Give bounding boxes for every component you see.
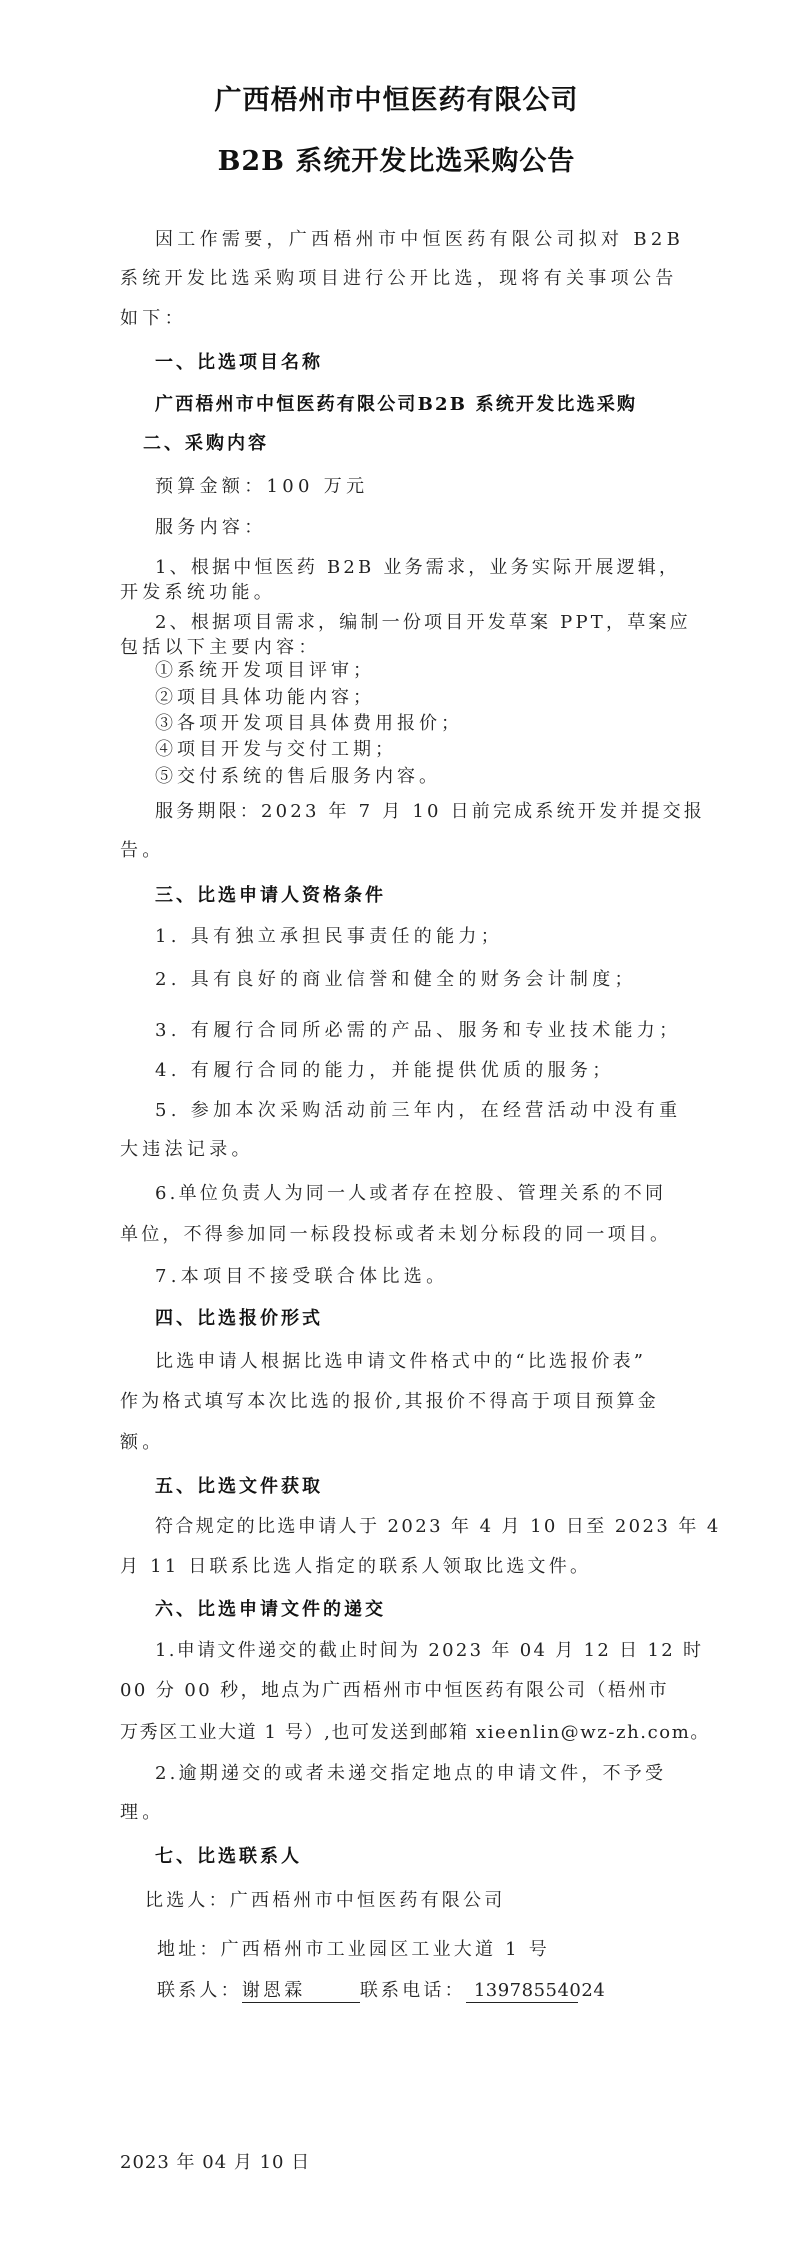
contact-address: 地址：广西梧州市工业园区工业大道 1 号 <box>157 1938 550 1962</box>
section-3-heading: 三、比选申请人资格条件 <box>155 884 386 908</box>
submission-item-1-line-1: 1.申请文件递交的截止时间为 2023 年 04 月 12 日 12 时 <box>155 1639 703 1663</box>
intro-line-2: 系统开发比选采购项目进行公开比选，现将有关事项公告 <box>120 267 678 291</box>
service-period-line-1: 服务期限：2023 年 7 月 10 日前完成系统开发并提交报 <box>155 800 705 824</box>
qualification-5-line-1: 5. 参加本次采购活动前三年内，在经营活动中没有重 <box>155 1099 681 1123</box>
announcement-document: 广西梧州市中恒医药有限公司 B2B 系统开发比选采购公告 因工作需要，广西梧州市… <box>0 0 793 2246</box>
section-1-heading: 一、比选项目名称 <box>155 351 323 375</box>
quote-form-line-2: 作为格式填写本次比选的报价,其报价不得高于项目预算金 <box>120 1390 659 1414</box>
qualification-1: 1. 具有独立承担民事责任的能力； <box>155 925 503 949</box>
submission-item-1-line-2: 00 分 00 秒，地点为广西梧州市中恒医药有限公司（梧州市 <box>120 1679 669 1703</box>
qualification-7: 7.本项目不接受联合体比选。 <box>155 1265 448 1289</box>
service-item-1-line-1: 1、根据中恒医药 B2B 业务需求，业务实际开展逻辑， <box>155 556 680 580</box>
project-name: 广西梧州市中恒医药有限公司B2B 系统开发比选采购 <box>155 393 637 417</box>
subitem-4: ④项目开发与交付工期； <box>155 738 397 762</box>
contact-phone-label: 联系电话： <box>360 1980 466 2001</box>
service-item-2-line-1: 2、根据项目需求，编制一份项目开发草案 PPT，草案应 <box>155 611 691 635</box>
qualification-6-line-2: 单位，不得参加同一标段投标或者未划分标段的同一项目。 <box>120 1223 671 1247</box>
selector-company: 比选人：广西梧州市中恒医药有限公司 <box>145 1889 505 1913</box>
budget-amount: 预算金额：100 万元 <box>155 475 368 499</box>
document-title-company: 广西梧州市中恒医药有限公司 <box>0 78 793 117</box>
qualification-2: 2. 具有良好的商业信誉和健全的财务会计制度； <box>155 968 637 992</box>
service-content-label: 服务内容： <box>155 516 267 540</box>
section-5-heading: 五、比选文件获取 <box>155 1475 323 1499</box>
quote-form-line-1: 比选申请人根据比选申请文件格式中的“比选报价表” <box>155 1350 646 1374</box>
intro-line-1: 因工作需要，广西梧州市中恒医药有限公司拟对 B2B <box>155 228 684 252</box>
document-acquisition-line-2: 月 11 日联系比选人指定的联系人领取比选文件。 <box>120 1555 591 1579</box>
subitem-3: ③各项开发项目具体费用报价； <box>155 712 463 736</box>
subitem-5: ⑤交付系统的售后服务内容。 <box>155 765 441 789</box>
submission-item-1-line-3: 万秀区工业大道 1 号）,也可发送到邮箱 xieenlin@wz-zh.com。 <box>120 1721 710 1745</box>
service-item-1-line-2: 开发系统功能。 <box>120 581 276 605</box>
section-7-heading: 七、比选联系人 <box>155 1845 302 1869</box>
qualification-5-line-2: 大违法记录。 <box>120 1138 254 1162</box>
section-4-heading: 四、比选报价形式 <box>155 1307 323 1331</box>
contact-person-label: 联系人： <box>157 1980 242 2001</box>
quote-form-line-3: 额。 <box>120 1431 165 1455</box>
subitem-1: ①系统开发项目评审； <box>155 659 375 683</box>
subitem-2: ②项目具体功能内容； <box>155 686 375 710</box>
document-title-subject: B2B 系统开发比选采购公告 <box>0 139 793 178</box>
contact-person-name: 谢恩霖 <box>242 1980 360 2003</box>
qualification-3: 3. 有履行合同所必需的产品、服务和专业技术能力； <box>155 1019 681 1043</box>
service-item-2-line-2: 包括以下主要内容： <box>120 636 321 660</box>
qualification-6-line-1: 6.单位负责人为同一人或者存在控股、管理关系的不同 <box>155 1182 666 1206</box>
section-2-heading: 二、采购内容 <box>143 432 269 456</box>
contact-phone-number: 13978554024 <box>466 1980 578 2003</box>
intro-line-3: 如下： <box>120 307 187 331</box>
section-6-heading: 六、比选申请文件的递交 <box>155 1598 386 1622</box>
submission-item-2-line-1: 2.逾期递交的或者未递交指定地点的申请文件，不予受 <box>155 1762 666 1786</box>
contact-row: 联系人：谢恩霖联系电话：13978554024 <box>157 1979 578 2003</box>
qualification-4: 4. 有履行合同的能力，并能提供优质的服务； <box>155 1059 615 1083</box>
service-period-line-2: 告。 <box>120 839 165 863</box>
submission-item-2-line-2: 理。 <box>120 1801 165 1825</box>
announcement-date: 2023 年 04 月 10 日 <box>120 2151 310 2175</box>
document-acquisition-line-1: 符合规定的比选申请人于 2023 年 4 月 10 日至 2023 年 4 <box>155 1515 721 1539</box>
